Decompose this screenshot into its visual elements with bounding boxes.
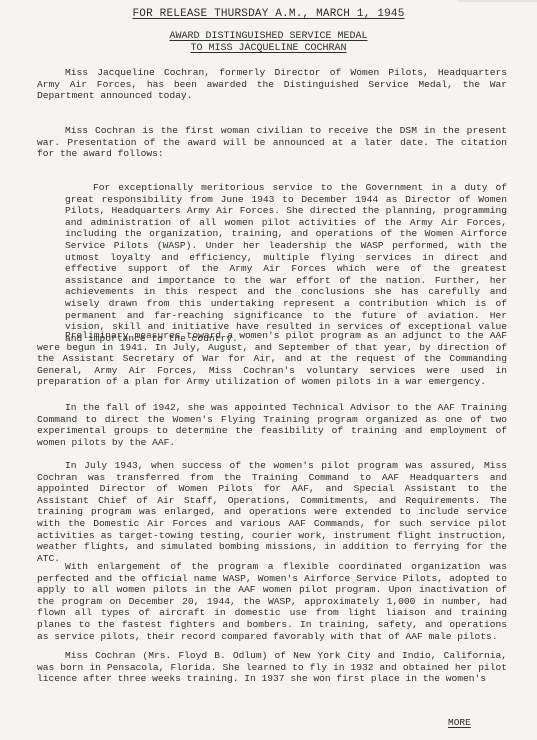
paragraph-biography: Miss Cochran (Mrs. Floyd B. Odlum) of Ne…: [37, 650, 507, 685]
paragraph-fall-1942: In the fall of 1942, she was appointed T…: [37, 402, 507, 448]
release-date-line: FOR RELEASE THURSDAY A.M., MARCH 1, 1945: [0, 8, 537, 20]
scan-edge: [457, 0, 537, 2]
paragraph-first-woman: Miss Cochran is the first woman civilian…: [37, 125, 507, 160]
citation-text: For exceptionally meritorious service to…: [65, 182, 507, 344]
headline-line-2: TO MISS JACQUELINE COCHRAN: [190, 43, 346, 54]
continuation-marker: MORE: [448, 717, 471, 728]
paragraph-wasp-organization: With enlargement of the program a flexib…: [37, 561, 507, 642]
headline-line-1: AWARD DISTINGUISHED SERVICE MEDAL: [169, 31, 367, 42]
paragraph-announcement: Miss Jacqueline Cochran, formerly Direct…: [37, 67, 507, 102]
paragraph-preliminary: Preliminary measures toward a women's pi…: [37, 330, 507, 388]
press-release-page: FOR RELEASE THURSDAY A.M., MARCH 1, 1945…: [0, 0, 537, 740]
headline: AWARD DISTINGUISHED SERVICE MEDAL TO MIS…: [0, 31, 537, 55]
paragraph-july-1943: In July 1943, when success of the women'…: [37, 460, 507, 564]
